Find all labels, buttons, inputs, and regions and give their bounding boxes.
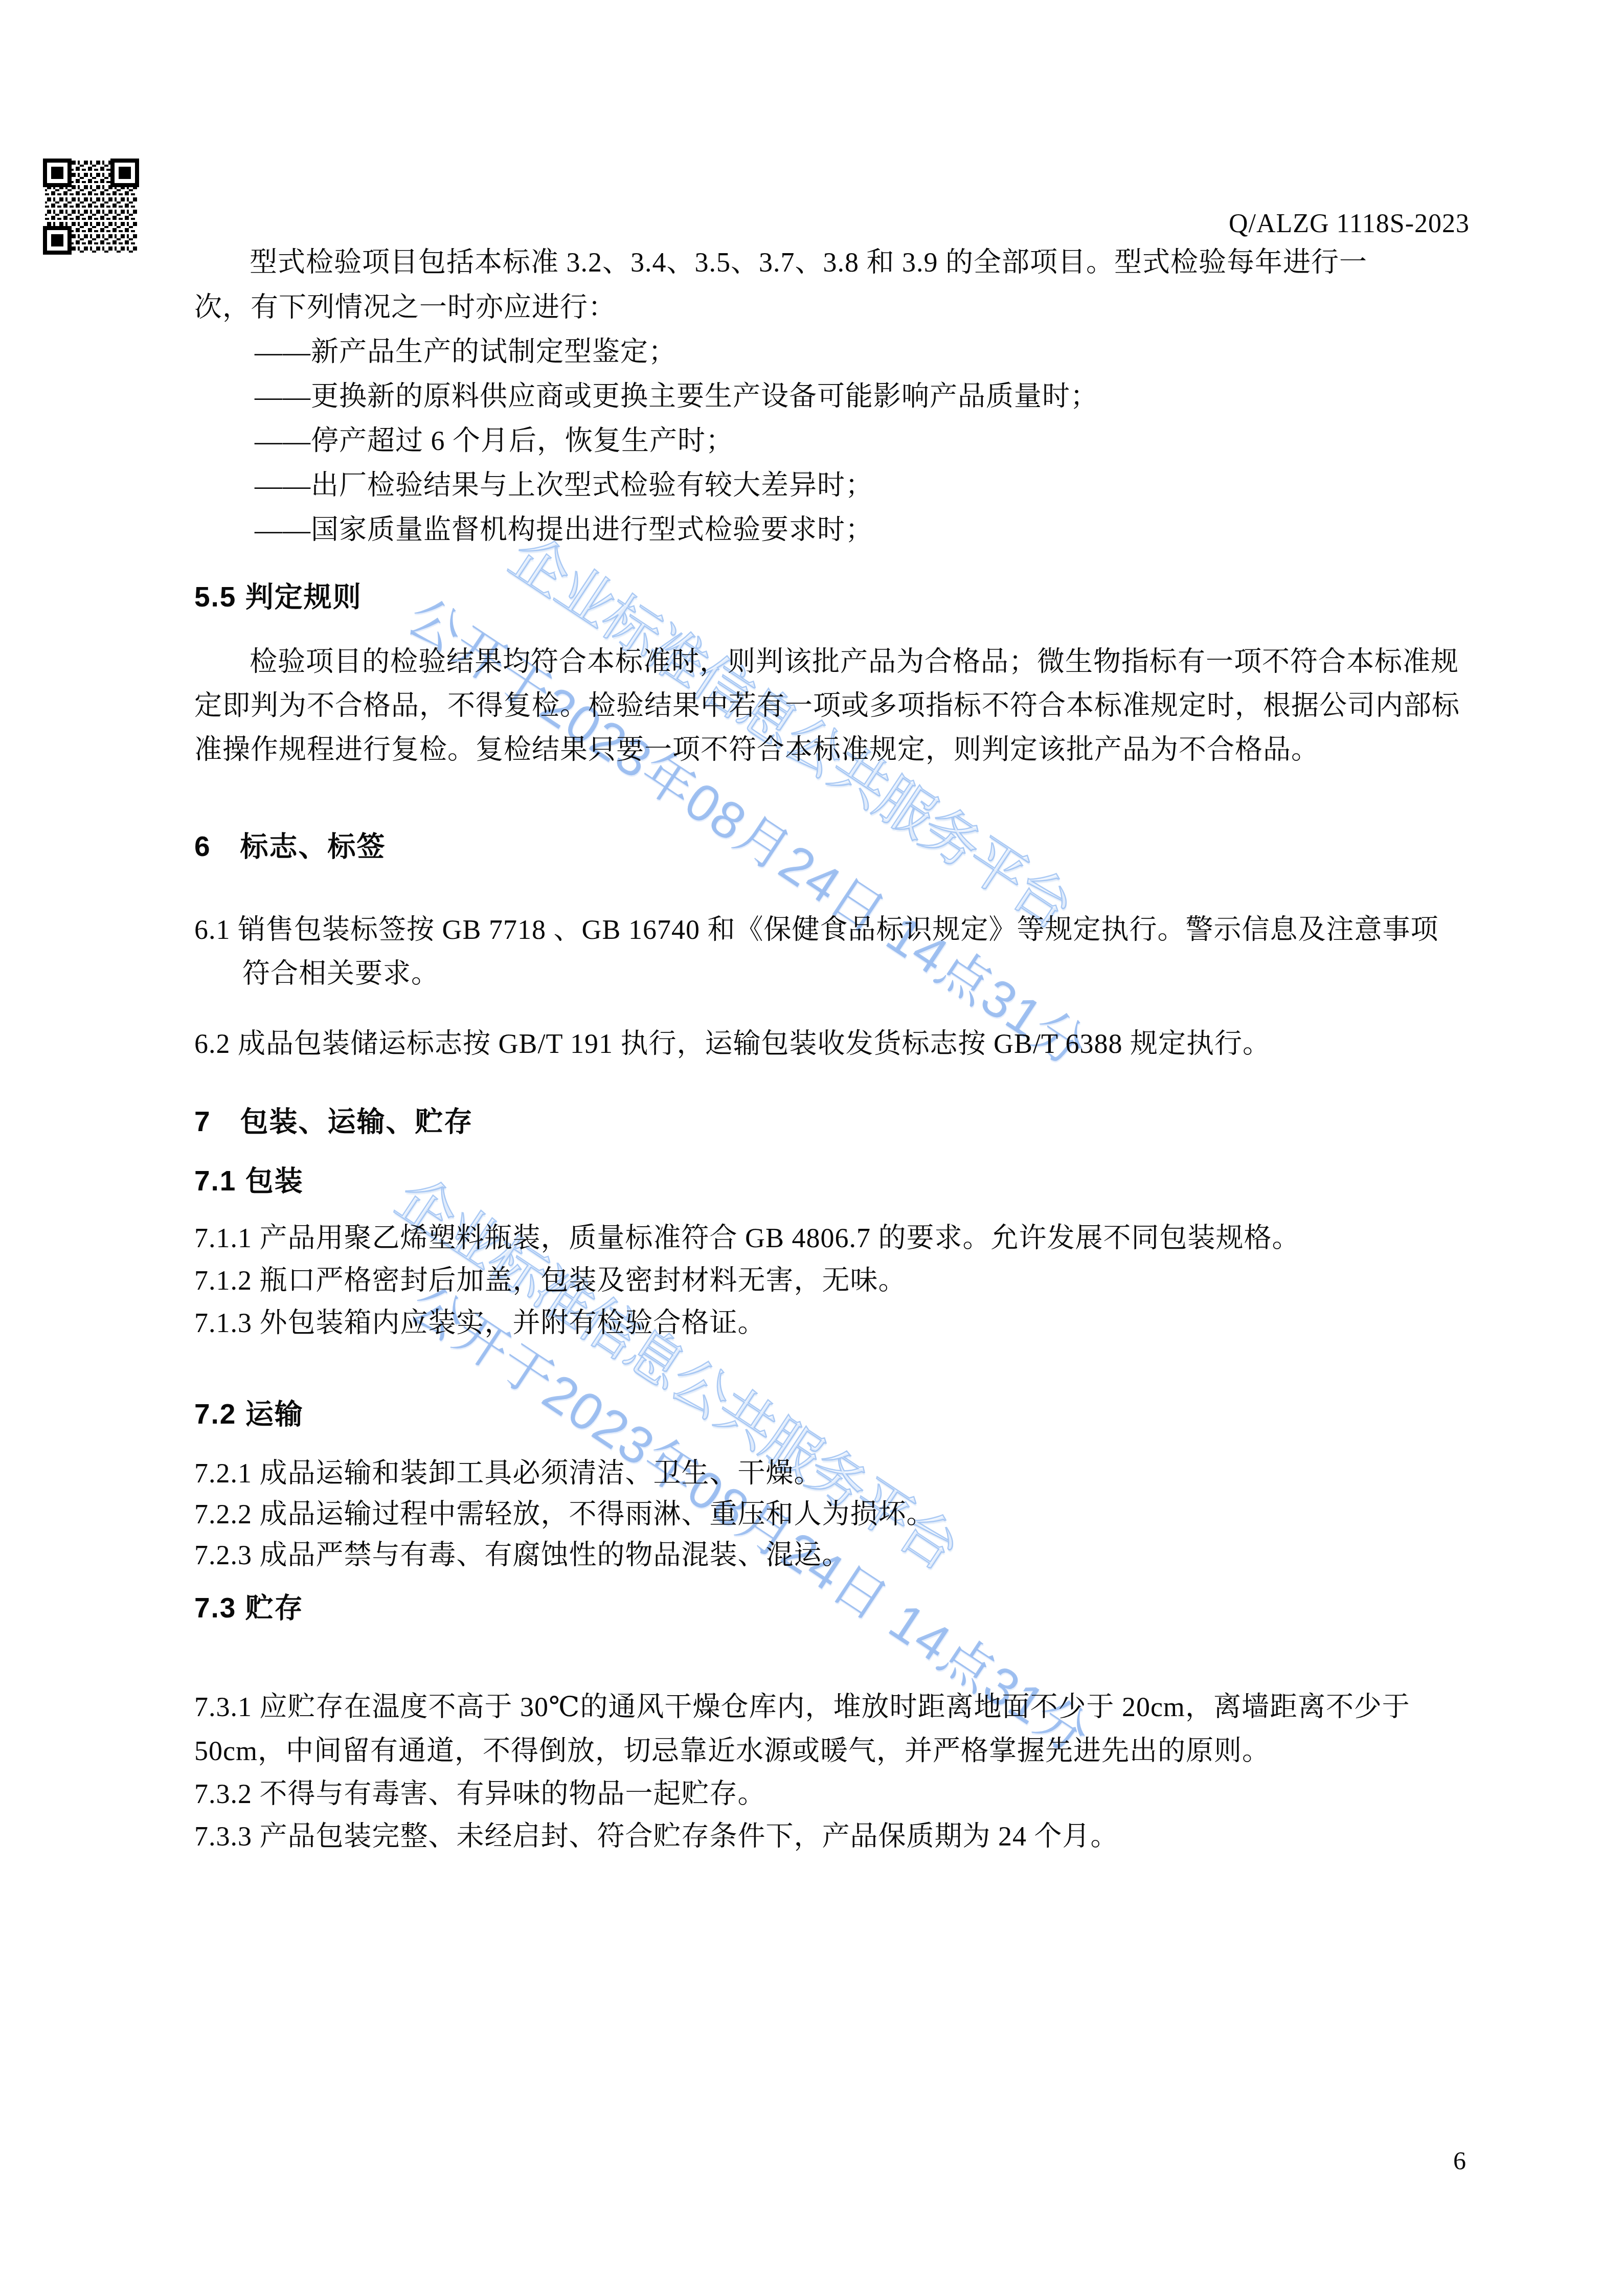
para-6-1-line-1: 6.1 销售包装标签按 GB 7718 、GB 16740 和《保健食品标识规定… xyxy=(194,914,1439,946)
heading-5-5: 5.5 判定规则 xyxy=(194,581,362,613)
page-number: 6 xyxy=(1453,2146,1466,2175)
para-7-3-1-line-1: 7.3.1 应贮存在温度不高于 30℃的通风干燥仓库内，堆放时距离地面不少于 2… xyxy=(194,1691,1410,1723)
para-7-2-1: 7.2.1 成品运输和装卸工具必须清洁、卫生、干燥。 xyxy=(194,1457,822,1489)
heading-6: 6 标志、标签 xyxy=(194,830,386,863)
para-7-1-3: 7.1.3 外包装箱内应装实，并附有检验合格证。 xyxy=(194,1307,766,1339)
para-5-5-line-2: 定即判为不合格品，不得复检。检验结果中若有一项或多项指标不符合本标准规定时，根据… xyxy=(194,690,1460,722)
heading-7-3: 7.3 贮存 xyxy=(194,1592,304,1624)
standard-code: Q/ALZG 1118S-2023 xyxy=(1229,209,1470,239)
para-6-1-line-2: 符合相关要求。 xyxy=(242,958,439,989)
para-7-1-1: 7.1.1 产品用聚乙烯塑料瓶装，质量标准符合 GB 4806.7 的要求。允许… xyxy=(194,1222,1300,1254)
para-7-1-2: 7.1.2 瓶口严格密封后加盖，包装及密封材料无害，无味。 xyxy=(194,1265,907,1296)
para-7-3-3: 7.3.3 产品包装完整、未经启封、符合贮存条件下，产品保质期为 24 个月。 xyxy=(194,1820,1119,1852)
para-7-2-3: 7.2.3 成品严禁与有毒、有腐蚀性的物品混装、混运。 xyxy=(194,1539,850,1571)
condition-item-5: ——国家质量监督机构提出进行型式检验要求时； xyxy=(255,514,873,546)
intro-line-1: 型式检验项目包括本标准 3.2、3.4、3.5、3.7、3.8 和 3.9 的全… xyxy=(250,246,1367,278)
para-5-5-line-1: 检验项目的检验结果均符合本标准时，则判该批产品为合格品；微生物指标有一项不符合本… xyxy=(250,646,1459,678)
heading-7-2: 7.2 运输 xyxy=(194,1398,304,1430)
watermark-platform-1: 企业标准信息公共服务平台 xyxy=(497,512,1090,943)
para-5-5-line-3: 准操作规程进行复检。复检结果只要一项不符合本标准规定，则判定该批产品为不合格品。 xyxy=(194,734,1319,766)
condition-item-4: ——出厂检验结果与上次型式检验有较大差异时； xyxy=(255,469,873,501)
qr-code xyxy=(27,142,155,271)
heading-7: 7 包装、运输、贮存 xyxy=(194,1106,473,1138)
para-7-3-1-line-2: 50cm，中间留有通道，不得倒放，切忌靠近水源或暖气，并严格掌握先进先出的原则。 xyxy=(194,1735,1270,1767)
document-page: Q/ALZG 1118S-2023 企业标准信息公共服务平台 公开于2023年0… xyxy=(0,0,1624,2296)
para-7-2-2: 7.2.2 成品运输过程中需轻放，不得雨淋、重压和人为损坏。 xyxy=(194,1498,935,1530)
para-7-3-2: 7.3.2 不得与有毒害、有异味的物品一起贮存。 xyxy=(194,1778,766,1810)
qr-code-image xyxy=(27,142,155,271)
para-6-2: 6.2 成品包装储运标志按 GB/T 191 执行，运输包装收发货标志按 GB/… xyxy=(194,1028,1271,1060)
condition-item-1: ——新产品生产的试制定型鉴定； xyxy=(255,336,676,368)
intro-line-2: 次，有下列情况之一时亦应进行： xyxy=(194,291,616,323)
condition-item-2: ——更换新的原料供应商或更换主要生产设备可能影响产品质量时； xyxy=(255,380,1098,412)
condition-item-3: ——停产超过 6 个月后，恢复生产时； xyxy=(255,425,734,457)
heading-7-1: 7.1 包装 xyxy=(194,1165,304,1197)
